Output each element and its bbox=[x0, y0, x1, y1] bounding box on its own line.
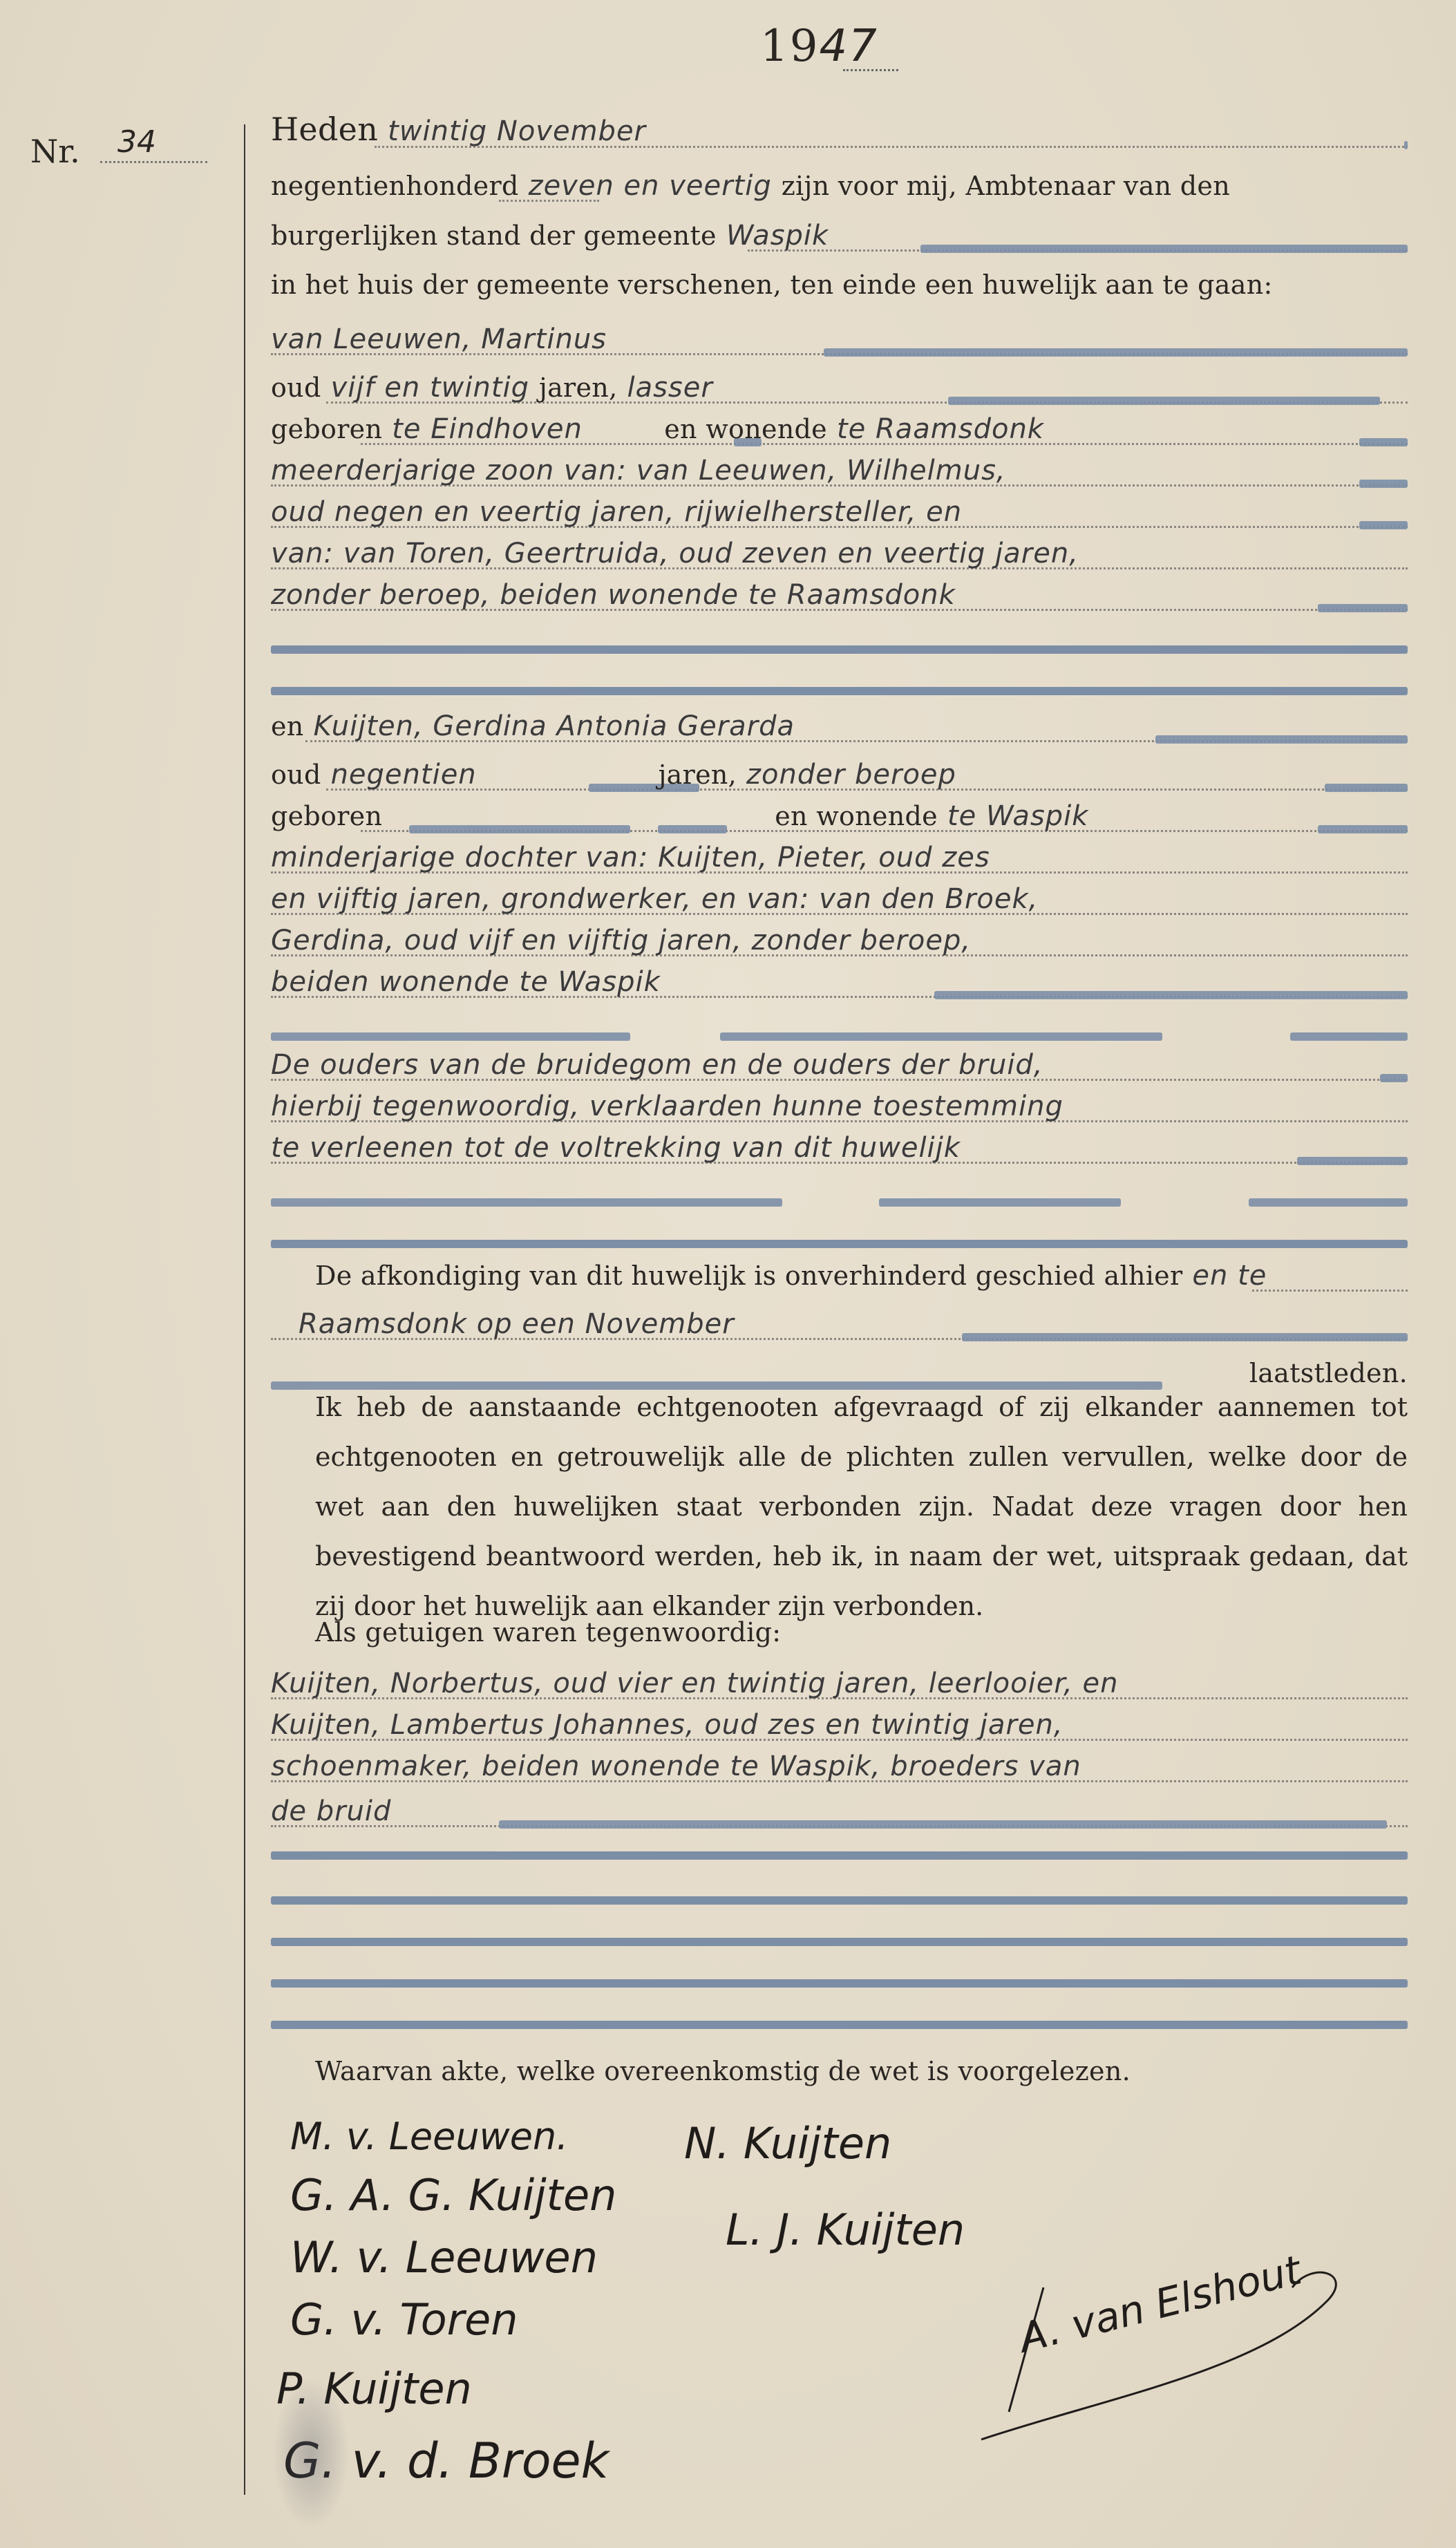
witnesses-label: Als getuigen waren tegenwoordig: bbox=[271, 1617, 781, 1648]
bride-residence: te Waspik bbox=[947, 800, 1088, 832]
bride-residing-label: en wonende bbox=[775, 801, 938, 831]
proclamation-place-a: en te bbox=[1192, 1260, 1267, 1292]
groom-parents-text: oud negen en veertig jaren, rijwielherst… bbox=[271, 496, 962, 528]
heden-label: Heden bbox=[271, 111, 378, 148]
consent-text: hierbij tegenwoordig, verklaarden hunne … bbox=[271, 1091, 1063, 1122]
margin-rule bbox=[244, 124, 245, 2495]
proclamation-place-b: Raamsdonk op een November bbox=[271, 1308, 735, 1340]
year-dots bbox=[843, 69, 898, 71]
groom-birthplace: te Eindhoven bbox=[392, 413, 654, 445]
proclamation-line-1: De afkondiging van dit huwelijk is onver… bbox=[271, 1247, 1408, 1301]
ink-smudge bbox=[273, 2377, 349, 2529]
blank-filled-line bbox=[271, 1983, 1408, 2037]
groom-age: vijf en twintig bbox=[331, 372, 529, 404]
date-day-month: twintig November bbox=[388, 115, 646, 147]
groom-parents-text: zonder beroep, beiden wonende te Raamsdo… bbox=[271, 579, 956, 611]
proclamation-text: De afkondiging van dit huwelijk is onver… bbox=[271, 1261, 1182, 1291]
closing-line: Waarvan akte, welke overeenkomstig de we… bbox=[271, 2042, 1408, 2096]
groom-age-label: oud bbox=[271, 372, 321, 403]
closing-text: Waarvan akte, welke overeenkomstig de we… bbox=[271, 2056, 1131, 2086]
groom-name: van Leeuwen, Martinus bbox=[271, 323, 607, 355]
declaration-text: Ik heb de aanstaande echtgenooten afgevr… bbox=[271, 1382, 1408, 1631]
opening-line-3: burgerlijken stand der gemeente Waspik bbox=[271, 207, 1408, 261]
bride-name-line: en Kuijten, Gerdina Antonia Gerarda bbox=[271, 698, 1408, 752]
opening-line-4: in het huis der gemeente verschenen, ten… bbox=[271, 256, 1408, 310]
certificate-page: 1947 Nr. 34 Heden twintig November negen… bbox=[0, 0, 1456, 2548]
bride-age-suffix: jaren, bbox=[659, 759, 737, 790]
proclamation-line-2: Raamsdonk op een November bbox=[271, 1296, 1408, 1350]
year-heading: 1947 bbox=[760, 21, 878, 72]
bride-name: Kuijten, Gerdina Antonia Gerarda bbox=[314, 710, 795, 742]
witnesses-text: Kuijten, Lambertus Johannes, oud zes en … bbox=[271, 1709, 1063, 1741]
signature-groom-father: W. v. Leeuwen bbox=[290, 2232, 598, 2283]
groom-residence: te Raamsdonk bbox=[837, 413, 1044, 445]
bride-parents-text: beiden wonende te Waspik bbox=[271, 966, 661, 998]
year-handwritten: 47 bbox=[819, 21, 878, 72]
century-label: negentienhonderd bbox=[271, 171, 519, 201]
number-label: Nr. bbox=[30, 133, 80, 170]
groom-age-suffix: jaren, bbox=[539, 372, 617, 403]
declaration-paragraph: Ik heb de aanstaande echtgenooten afgevr… bbox=[271, 1382, 1408, 1631]
signature-flourish-icon bbox=[967, 2260, 1382, 2453]
groom-parents-text: van: van Toren, Geertruida, oud zeven en… bbox=[271, 538, 1079, 569]
year-printed: 19 bbox=[760, 21, 819, 72]
bride-parents-text: Gerdina, oud vijf en vijftig jaren, zond… bbox=[271, 925, 971, 956]
groom-occupation: lasser bbox=[627, 372, 712, 404]
opening-line-1: Heden twintig November bbox=[271, 104, 1408, 158]
groom-blank-line bbox=[271, 650, 1408, 704]
signature-groom: M. v. Leeuwen. bbox=[290, 2115, 568, 2158]
number-dots bbox=[100, 161, 207, 163]
consent-text: De ouders van de bruidegom en de ouders … bbox=[271, 1049, 1043, 1081]
signature-bride: G. A. G. Kuijten bbox=[290, 2170, 616, 2220]
officer-clause: zijn voor mij, Ambtenaar van den bbox=[782, 171, 1230, 201]
date-year-words: zeven en veertig bbox=[529, 170, 772, 202]
groom-residing-label: en wonende bbox=[664, 414, 827, 444]
bride-age: negentien bbox=[331, 759, 649, 791]
witnesses-text: schoenmaker, beiden wonende te Waspik, b… bbox=[271, 1750, 1081, 1782]
number-value: 34 bbox=[117, 124, 156, 160]
consent-text: te verleenen tot de voltrekking van dit … bbox=[271, 1132, 961, 1164]
municipality-value: Waspik bbox=[726, 220, 829, 252]
signature-witness-2: L. J. Kuijten bbox=[726, 2205, 965, 2255]
bride-born-label: geboren bbox=[271, 801, 382, 831]
witnesses-text: Kuijten, Norbertus, oud vier en twintig … bbox=[271, 1668, 1119, 1699]
groom-born-label: geboren bbox=[271, 414, 382, 444]
bride-occupation: zonder beroep bbox=[746, 759, 956, 791]
signature-groom-mother: G. v. Toren bbox=[290, 2294, 518, 2345]
bride-and-label: en bbox=[271, 711, 304, 742]
witnesses-label-line: Als getuigen waren tegenwoordig: bbox=[271, 1603, 1408, 1657]
bride-age-label: oud bbox=[271, 759, 321, 790]
groom-parents-text: meerderjarige zoon van: van Leeuwen, Wil… bbox=[271, 455, 1006, 487]
bride-parents-text: en vijftig jaren, grondwerker, en van: v… bbox=[271, 883, 1038, 915]
appearance-clause: in het huis der gemeente verschenen, ten… bbox=[271, 270, 1273, 300]
groom-name-line: van Leeuwen, Martinus bbox=[271, 311, 1408, 365]
opening-line-2: negentienhonderd zeven en veertig zijn v… bbox=[271, 158, 1408, 211]
bride-parents-text: minderjarige dochter van: Kuijten, Piete… bbox=[271, 842, 990, 874]
municipality-label: burgerlijken stand der gemeente bbox=[271, 220, 717, 251]
signature-witness-1: N. Kuijten bbox=[684, 2118, 891, 2169]
